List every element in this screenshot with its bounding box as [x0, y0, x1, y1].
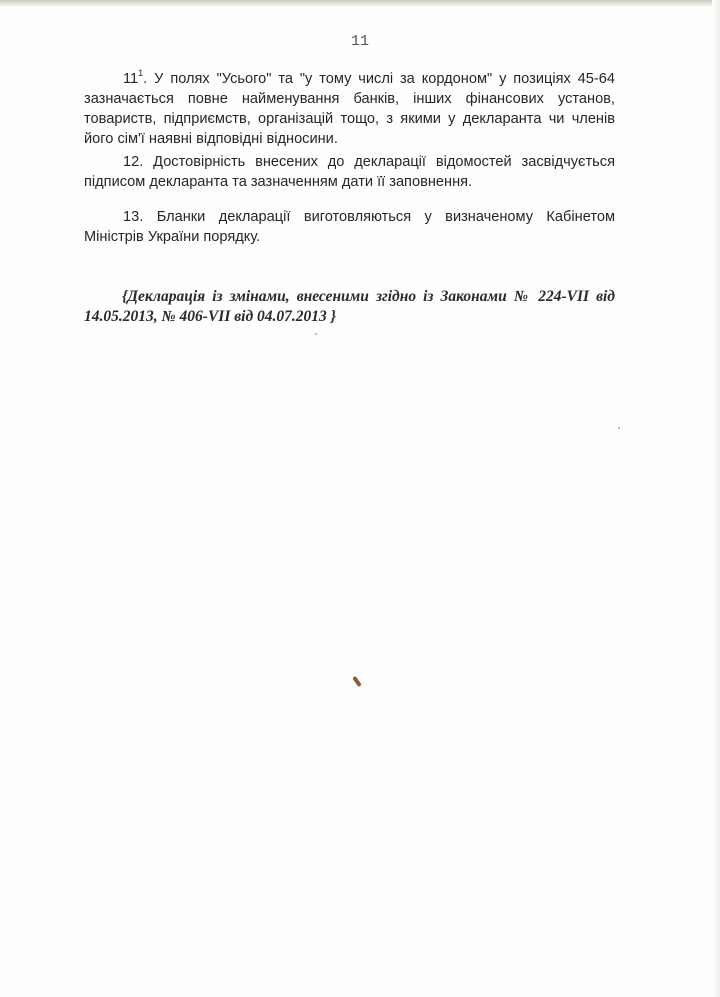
number-separator: . — [143, 71, 154, 87]
paragraph-11-1: 111. У полях "Усього" та "у тому числі з… — [84, 69, 615, 149]
scan-dot — [315, 333, 317, 335]
paragraph-12: 12. Достовірність внесених до декларації… — [84, 152, 615, 192]
paragraph-number: 13 — [123, 209, 139, 225]
scan-dot — [618, 427, 620, 429]
paragraph-number: 11 — [123, 71, 138, 87]
page-number: 11 — [0, 33, 720, 50]
paragraph-text: Достовірність внесених до декларації від… — [84, 154, 615, 190]
scan-right-edge — [712, 0, 720, 997]
paragraph-13: 13. Бланки декларації виготовляються у в… — [84, 207, 615, 247]
scan-top-edge — [0, 0, 720, 7]
scan-speck — [352, 676, 362, 687]
paragraph-text: Бланки декларації виготовляються у визна… — [84, 209, 615, 245]
paragraph-text: У полях "Усього" та "у тому числі за кор… — [84, 71, 615, 147]
number-separator: . — [139, 154, 153, 170]
amendment-note: {Декларація із змінами, внесеними згідно… — [84, 287, 615, 327]
amendment-note-text: {Декларація із змінами, внесеними згідно… — [84, 288, 615, 325]
paragraph-number: 12 — [123, 154, 139, 170]
number-separator: . — [139, 209, 156, 225]
